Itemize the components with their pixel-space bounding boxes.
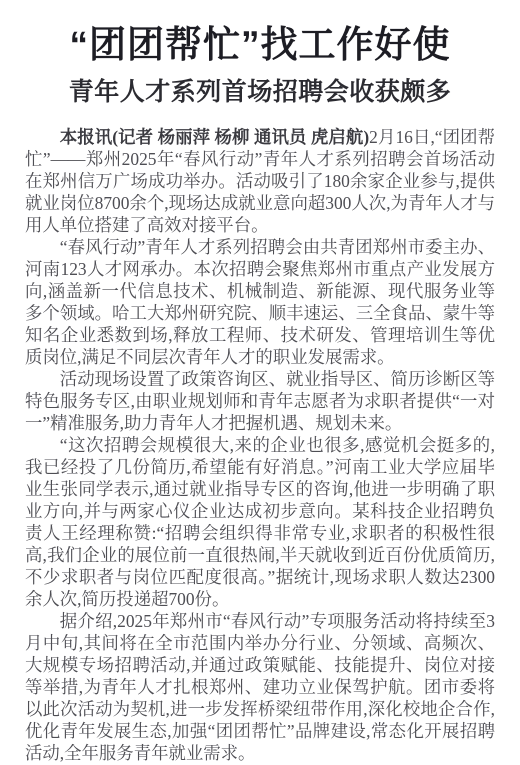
paragraph: 活动现场设置了政策咨询区、就业指导区、简历诊断区等特色服务专区,由职业规划师和青… [25,368,495,434]
article: “团团帮忙”找工作好使 青年人才系列首场招聘会收获颇多 本报讯(记者 杨丽萍 杨… [0,0,520,764]
newspaper-page: “团团帮忙”找工作好使 青年人才系列首场招聘会收获颇多 本报讯(记者 杨丽萍 杨… [0,0,520,765]
paragraph: “春风行动”青年人才系列招聘会由共青团郑州市委主办、河南123人才网承办。本次招… [25,236,495,368]
subtitle: 青年人才系列首场招聘会收获颇多 [25,77,495,107]
article-body: 本报讯(记者 杨丽萍 杨柳 通讯员 虎启航)2月16日,“团团帮忙”——郑州20… [25,126,495,764]
paragraph: 据介绍,2025年郑州市“春风行动”专项服务活动将持续至3月中旬,其间将在全市范… [25,610,495,764]
paragraph: “这次招聘会规模很大,来的企业也很多,感觉机会挺多的,我已经投了几份简历,希望能… [25,434,495,610]
headline: “团团帮忙”找工作好使 [25,24,495,66]
byline: 本报讯(记者 杨丽萍 杨柳 通讯员 虎启航) [60,127,369,147]
lead-paragraph: 本报讯(记者 杨丽萍 杨柳 通讯员 虎启航)2月16日,“团团帮忙”——郑州20… [25,126,495,236]
